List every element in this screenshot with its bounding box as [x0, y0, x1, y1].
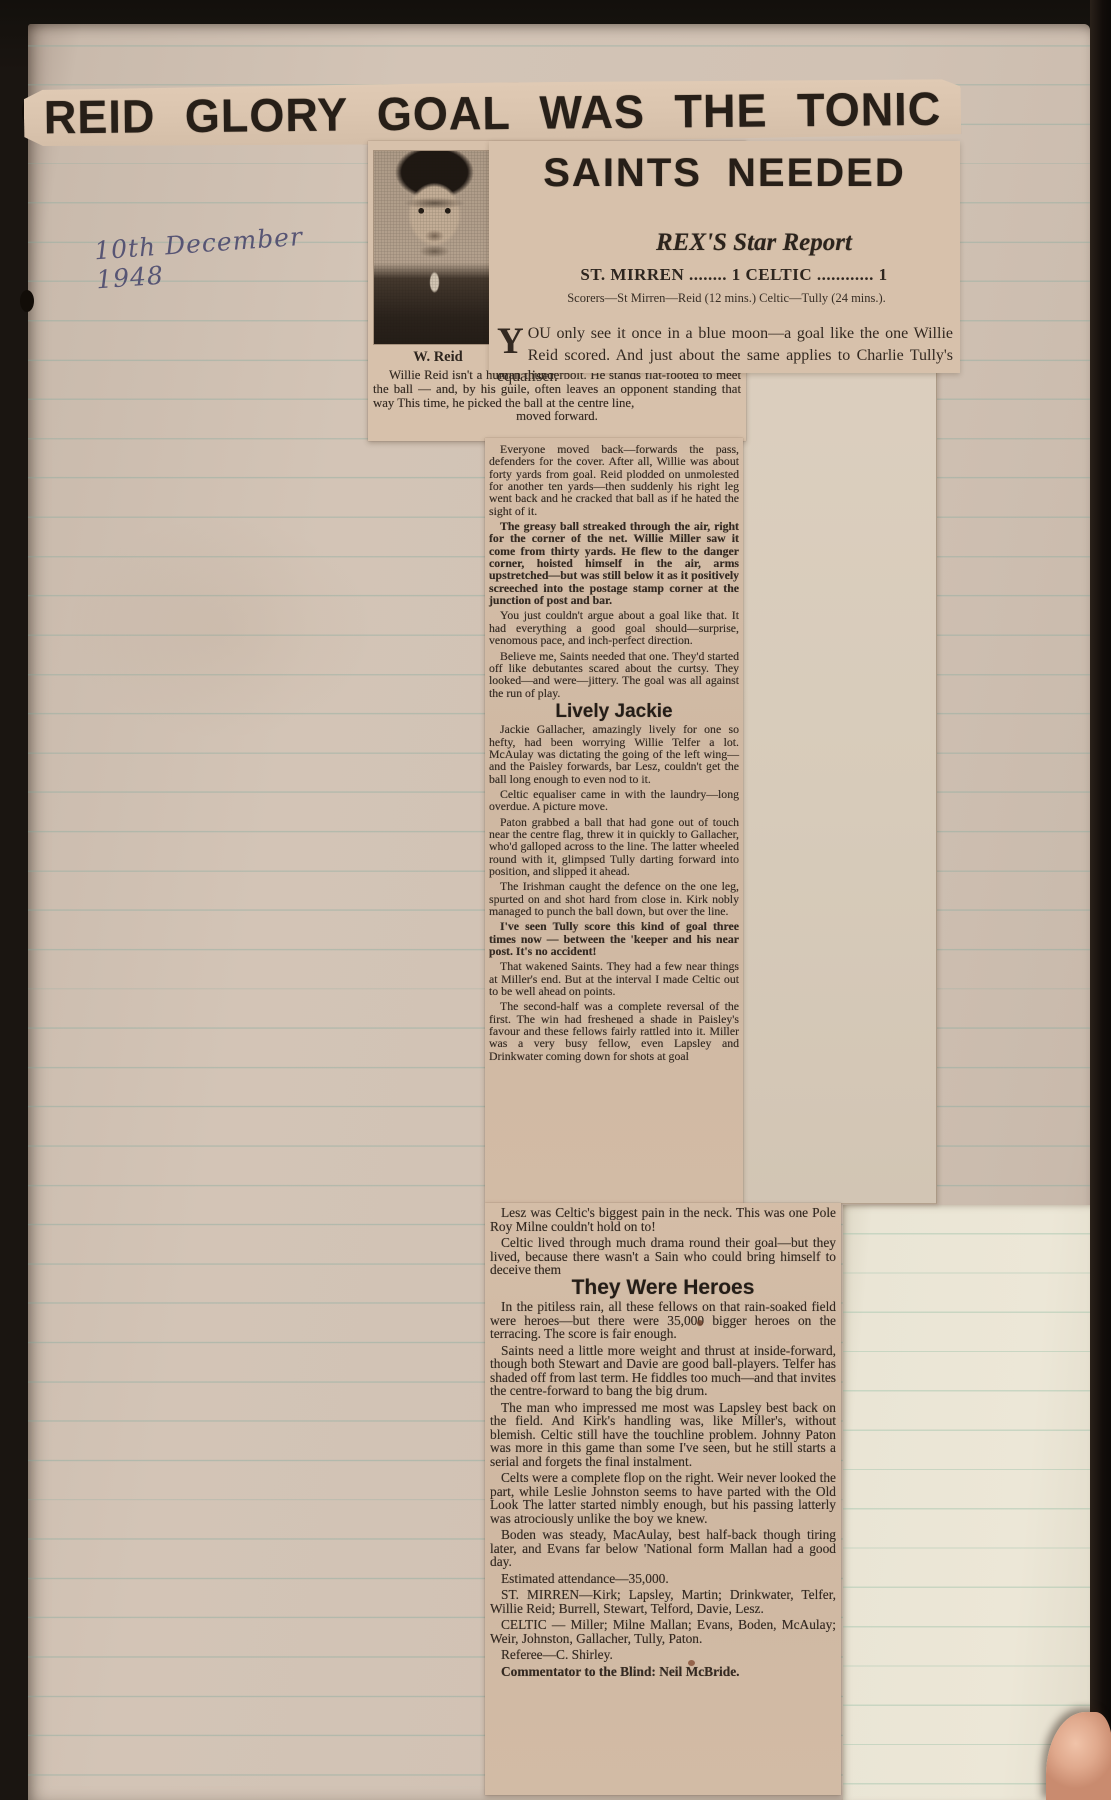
article-section-2: Jackie Gallacher, amazingly lively for o…	[489, 723, 739, 1062]
photo-caption: W. Reid	[374, 349, 502, 366]
article-paragraph: Estimated attendance—35,000.	[490, 1572, 836, 1586]
article-paragraph: Paton grabbed a ball that had gone out o…	[489, 816, 739, 878]
article-paragraph: I've seen Tully score this kind of goal …	[489, 920, 739, 957]
article-paragraph: Everyone moved back—forwards the pass, d…	[489, 443, 739, 517]
scrapbook-photo: 10th December 1948 REID GLORY GOAL WAS T…	[0, 0, 1111, 1800]
article-paragraph: The man who impressed me most was Lapsle…	[490, 1401, 836, 1469]
article-section-1: Everyone moved back—forwards the pass, d…	[489, 443, 739, 699]
article-paragraph: You just couldn't argue about a goal lik…	[489, 609, 739, 646]
article-paragraph: Celtic lived through much drama round th…	[490, 1236, 836, 1277]
article-paragraph: Saints need a little more weight and thr…	[490, 1344, 836, 1398]
lead-paragraph: YOU only see it once in a blue moon—a go…	[497, 323, 953, 388]
section-heading-they-were-heroes: They Were Heroes	[490, 1281, 836, 1295]
player-photo	[374, 151, 495, 344]
book-edge	[1090, 0, 1111, 1800]
clipping-backing-sheet	[737, 316, 937, 1204]
article-paragraph: Lesz was Celtic's biggest pain in the ne…	[490, 1206, 836, 1233]
article-paragraph: In the pitiless rain, all these fellows …	[490, 1300, 836, 1341]
scorers-line: Scorers—St Mirren—Reid (12 mins.) Celtic…	[499, 291, 954, 306]
article-column-upper: Everyone moved back—forwards the pass, d…	[485, 438, 743, 1203]
article-paragraph: Referee—C. Shirley.	[490, 1648, 836, 1662]
paper-speck	[618, 1020, 622, 1024]
article-paragraph: The greasy ball streaked through the air…	[489, 520, 739, 606]
paper-speck	[688, 1660, 695, 1666]
article-section-3: Lesz was Celtic's biggest pain in the ne…	[490, 1206, 836, 1277]
drop-cap: Y	[497, 323, 528, 359]
ruled-lines	[843, 1205, 1090, 1800]
page-edge-tear	[20, 290, 34, 312]
section-heading-lively-jackie: Lively Jackie	[489, 706, 739, 718]
article-paragraph: CELTIC — Miller; Milne Mallan; Evans, Bo…	[490, 1618, 836, 1645]
article-paragraph: The second-half was a complete reversal …	[489, 1000, 739, 1062]
article-paragraph: moved forward.	[373, 410, 741, 424]
sub-headline: SAINTS NEEDED	[489, 151, 960, 196]
article-paragraph: Jackie Gallacher, amazingly lively for o…	[489, 723, 739, 785]
paper-speck	[697, 1320, 703, 1326]
byline: REX'S Star Report	[589, 229, 919, 257]
article-paragraph: Boden was steady, MacAulay, best half-ba…	[490, 1528, 836, 1569]
article-paragraph: ST. MIRREN—Kirk; Lapsley, Martin; Drinkw…	[490, 1588, 836, 1615]
match-scoreline: ST. MIRREN ........ 1 CELTIC ...........…	[519, 265, 949, 285]
article-paragraph: Celtic equaliser came in with the laundr…	[489, 788, 739, 813]
article-paragraph: That wakened Saints. They had a few near…	[489, 960, 739, 997]
article-paragraph: Commentator to the Blind: Neil McBride.	[490, 1665, 836, 1679]
lead-text: OU only see it once in a blue moon—a goa…	[497, 325, 953, 385]
clipping-subheadline: SAINTS NEEDED REX'S Star Report ST. MIRR…	[489, 141, 960, 373]
article-column-lower: Lesz was Celtic's biggest pain in the ne…	[485, 1203, 841, 1795]
under-page-corner	[843, 1205, 1090, 1800]
article-paragraph: Celts were a complete flop on the right.…	[490, 1471, 836, 1525]
article-paragraph: The Irishman caught the defence on the o…	[489, 880, 739, 917]
article-section-4: In the pitiless rain, all these fellows …	[490, 1300, 836, 1678]
article-paragraph: Believe me, Saints needed that one. They…	[489, 650, 739, 699]
